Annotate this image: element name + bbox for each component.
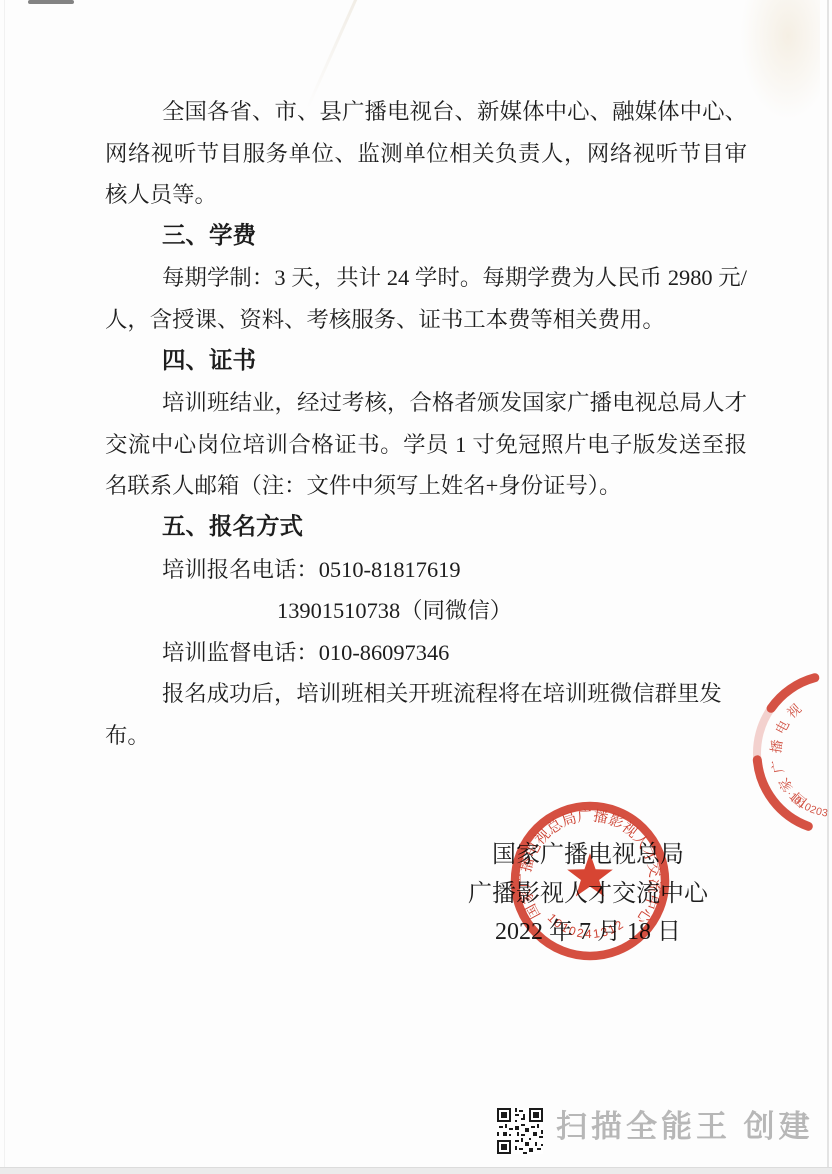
svg-text:1010241312: 1010241312 [545, 911, 628, 941]
page-edge-right [827, 0, 829, 1174]
section-heading-registration: 五、报名方式 [105, 507, 747, 549]
registration-phone-line: 培训报名电话：0510-81817619 [105, 549, 747, 591]
scan-stain-top-right [740, 0, 820, 120]
page-edge-left [4, 0, 5, 1174]
supervision-phone-line: 培训监督电话：010-86097346 [105, 632, 747, 674]
scan-smudge-top [28, 0, 74, 4]
document-body: 全国各省、市、县广播电视台、新媒体中心、融媒体中心、网络视听节目服务单位、监测单… [105, 91, 747, 757]
section-heading-tuition: 三、学费 [105, 216, 747, 258]
partial-seal: 国家广播电视 ·1010203 [700, 645, 832, 880]
paragraph-audience: 全国各省、市、县广播电视台、新媒体中心、融媒体中心、网络视听节目服务单位、监测单… [105, 91, 747, 216]
section-body-certificate: 培训班结业，经过考核，合格者颁发国家广播电视总局人才交流中心岗位培训合格证书。学… [105, 382, 747, 507]
registration-note-line: 报名成功后，培训班相关开班流程将在培训班微信群里发布。 [105, 673, 747, 756]
official-seal: 国家广播电视总局广播影视人才交流中心 1010241312 [503, 793, 677, 967]
scanned-document-page: 全国各省、市、县广播电视台、新媒体中心、融媒体中心、网络视听节目服务单位、监测单… [0, 0, 832, 1174]
seal-code-text: 1010241312 [545, 911, 628, 941]
section-body-tuition: 每期学制：3 天，共计 24 学时。每期学费为人民币 2980 元/人，含授课、… [105, 257, 747, 340]
qr-code [497, 1108, 543, 1154]
seal-star-icon [567, 853, 613, 896]
section-heading-certificate: 四、证书 [105, 341, 747, 383]
registration-mobile-line: 13901510738（同微信） [105, 590, 747, 632]
scan-edge-bottom [0, 1167, 832, 1174]
camscanner-watermark: 扫描全能王 创建 [556, 1107, 814, 1147]
